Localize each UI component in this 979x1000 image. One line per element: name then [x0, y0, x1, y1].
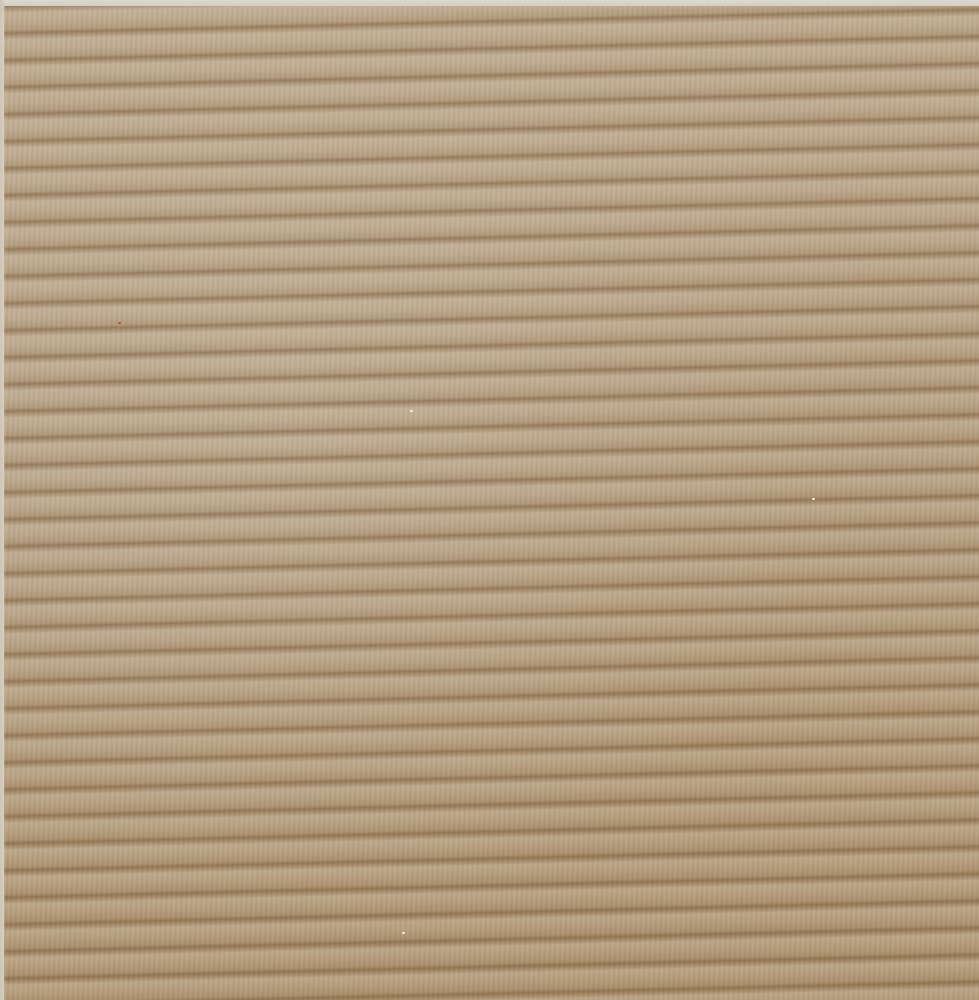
rug-left-edge: [0, 0, 6, 1000]
fiber-fleck: [812, 498, 815, 500]
rug-photo: [0, 0, 979, 1000]
fiber-fleck: [402, 932, 405, 934]
fiber-fleck: [410, 410, 413, 412]
fiber-fleck: [118, 322, 121, 324]
rug-swatch: [4, 6, 979, 1000]
